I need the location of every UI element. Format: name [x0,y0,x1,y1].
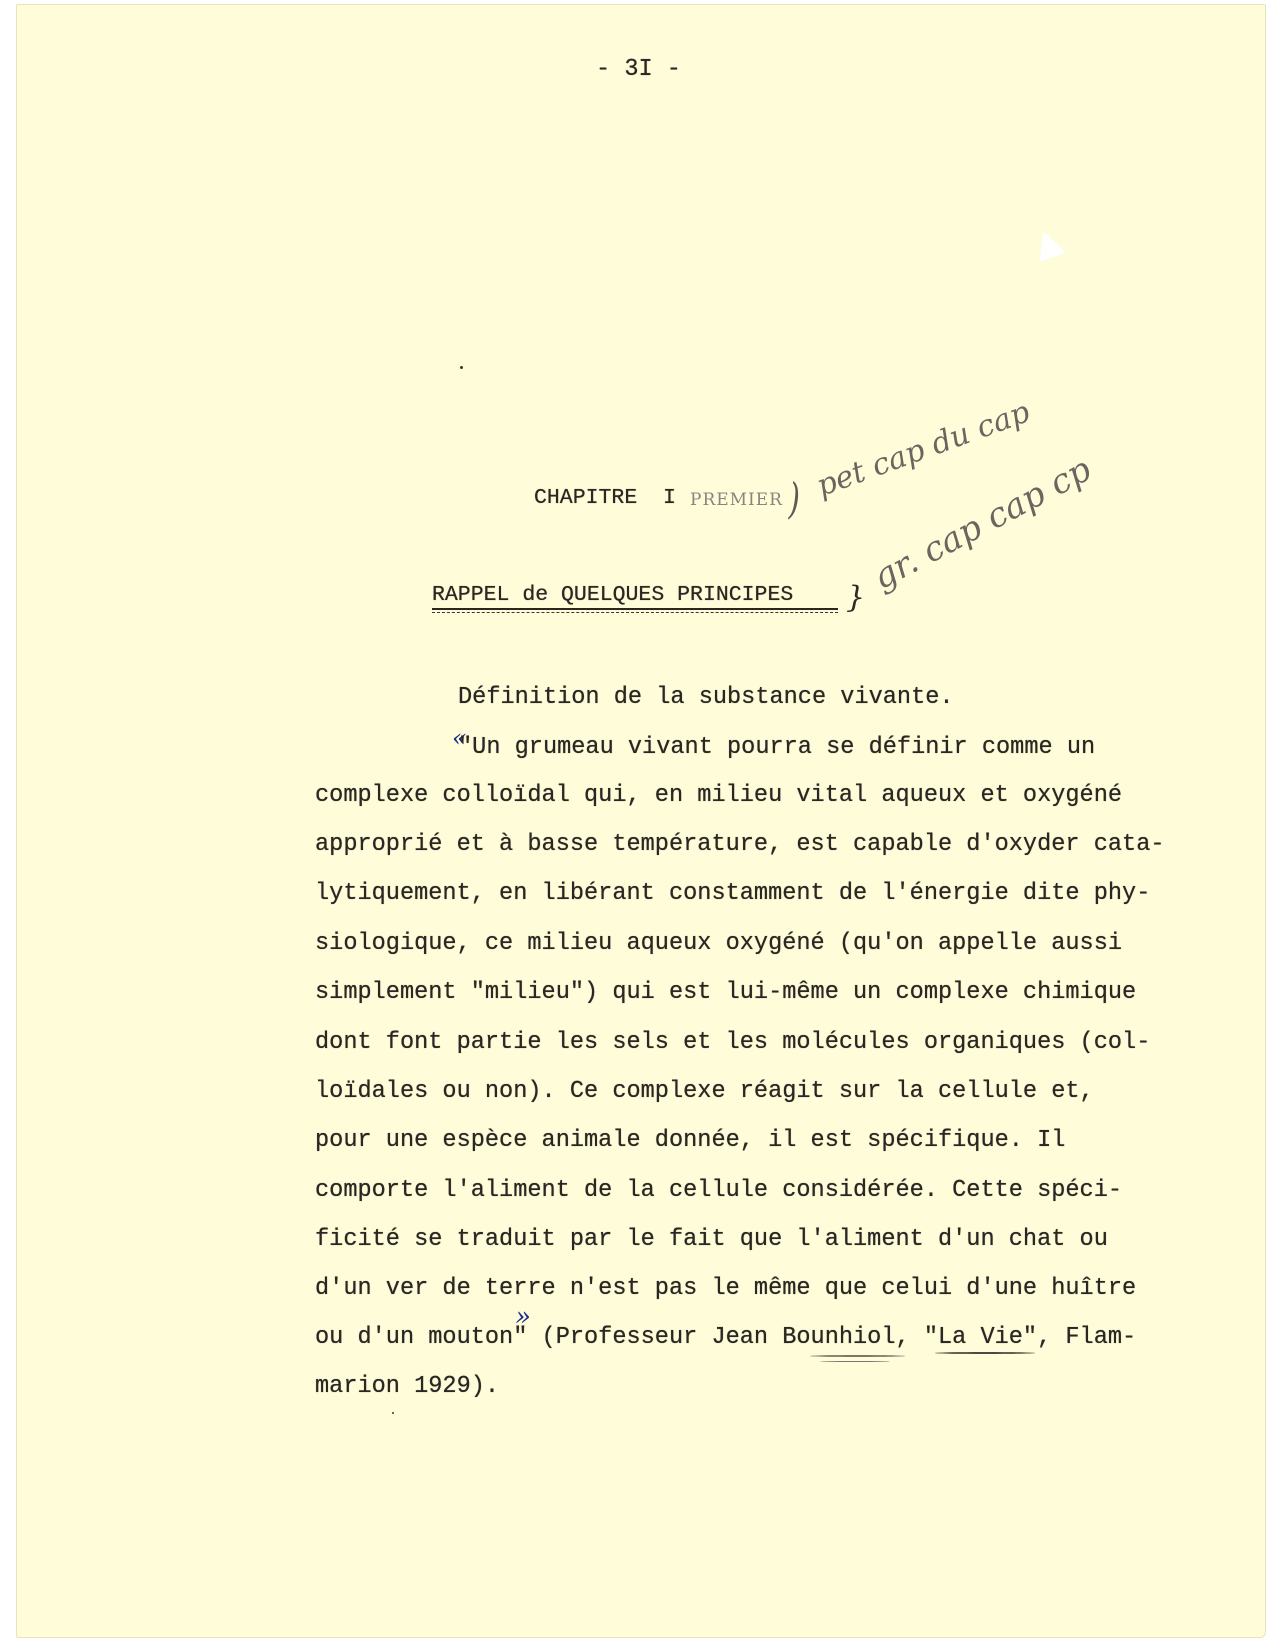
body-line: loïdales ou non). Ce complexe réagit sur… [315,1080,1094,1104]
ink-speck [460,366,463,369]
ink-speck [392,1412,394,1414]
body-line: complexe colloïdal qui, en milieu vital … [315,784,1122,808]
subsection-heading: Définition de la substance vivante. [458,686,954,710]
pencil-underline-author-double [820,1361,890,1362]
document-page [16,4,1266,1638]
body-line: lytiquement, en libérant constamment de … [315,882,1150,906]
body-line: ficité se traduit par le fait que l'alim… [315,1228,1108,1252]
pencil-bracket-title: } [846,580,865,615]
section-title: RAPPEL de QUELQUES PRINCIPES [432,585,793,607]
body-line: approprié et à basse température, est ca… [315,833,1165,857]
body-line: d'un ver de terre n'est pas le même que … [315,1277,1136,1301]
body-line: comporte l'aliment de la cellule considé… [315,1179,1122,1203]
body-line: simplement "milieu") qui est lui-même un… [315,981,1136,1005]
body-line: pour une espèce animale donnée, il est s… [315,1129,1065,1153]
pencil-underline-book-title [935,1352,1035,1354]
chapter-heading: CHAPITRE I [534,488,676,510]
body-line: marion 1929). [315,1375,499,1399]
body-line: "Un grumeau vivant pourra se définir com… [458,736,1095,760]
chapter-handwritten-annotation: PREMIER [690,490,783,510]
body-line: dont font partie les sels et les molécul… [315,1031,1150,1055]
body-line: ou d'un mouton" (Professeur Jean Bounhio… [315,1326,1136,1350]
pencil-underline-author [810,1355,905,1357]
page-number: - 3I - [596,58,681,82]
paper-tear [1030,226,1066,262]
title-underline-dashed [432,612,838,613]
body-line: siologique, ce milieu aqueux oxygéné (qu… [315,932,1122,956]
pencil-bracket-chapter: ) [788,474,799,523]
title-underline [432,608,838,610]
